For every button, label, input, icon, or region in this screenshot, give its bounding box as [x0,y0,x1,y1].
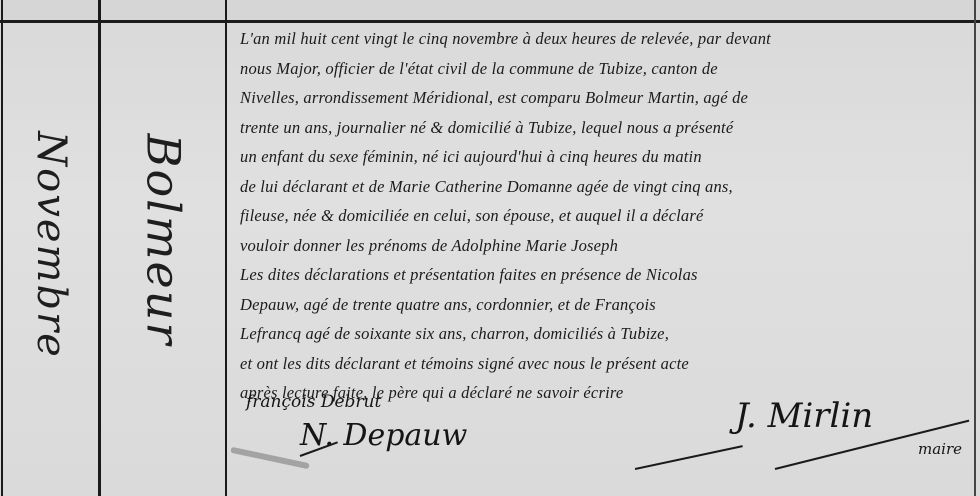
body-line: de lui déclarant et de Marie Catherine D… [240,172,970,202]
body-line: Depauw, agé de trente quatre ans, cordon… [240,290,970,320]
body-line: Nivelles, arrondissement Méridional, est… [240,83,970,113]
column-rule-right [974,0,976,496]
body-line: fileuse, née & domiciliée en celui, son … [240,201,970,231]
body-line: trente un ans, journalier né & domicilié… [240,113,970,143]
body-line: Lefrancq agé de soixante six ans, charro… [240,319,970,349]
body-line: vouloir donner les prénoms de Adolphine … [240,231,970,261]
mayor-signature: J. Mirlin [735,396,873,436]
signature-flourish [635,445,743,470]
month-label: Novembre [28,131,74,359]
surname-column: Bolmeur [101,23,225,496]
register-page: Novembre Bolmeur L'an mil huit cent ving… [0,0,980,496]
month-column: Novembre [4,23,98,496]
column-rule-2 [225,0,227,496]
surname-label: Bolmeur [136,133,190,346]
body-line: Les dites déclarations et présentation f… [240,260,970,290]
body-line: nous Major, officier de l'état civil de … [240,54,970,84]
witness-signature-1: françois Debrut [246,392,381,412]
header-band [0,0,980,22]
mayor-title: maire [918,440,962,458]
body-line: et ont les dits déclarant et témoins sig… [240,349,970,379]
body-line: L'an mil huit cent vingt le cinq novembr… [240,24,970,54]
column-rule-left [1,0,3,496]
body-line: un enfant du sexe féminin, né ici aujour… [240,142,970,172]
entry-body: L'an mil huit cent vingt le cinq novembr… [240,24,970,408]
ink-smudge [230,447,309,470]
